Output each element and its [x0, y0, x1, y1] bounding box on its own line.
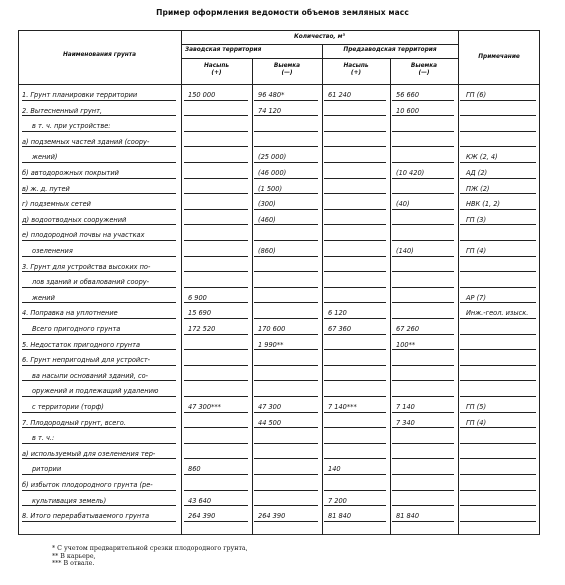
- fill-label: Насыпь: [204, 63, 229, 69]
- cell-c2: [390, 461, 458, 477]
- table-row: 7. Плодородный грунт, всего.44 5007 340Г…: [18, 415, 540, 431]
- cell-f2: [322, 477, 390, 493]
- table-row: жений6 900АР (7): [18, 290, 540, 306]
- cell-c1: [252, 305, 322, 321]
- cell-name: 6. Грунт непригодный для устройст-: [20, 352, 180, 368]
- cell-name: 1. Грунт планировки территории: [20, 87, 180, 103]
- table-row: 6. Грунт непригодный для устройст-: [18, 352, 540, 368]
- cell-name: 4. Поправка на уплотнение: [20, 305, 180, 321]
- cell-note: [458, 461, 540, 477]
- cell-name: 2. Вытесненный грунт,: [20, 103, 180, 119]
- table-row: оружений и подлежащий удалению: [18, 383, 540, 399]
- cell-c2: [390, 118, 458, 134]
- cell-name: д) водоотводных сооружений: [20, 212, 180, 228]
- cut-label: Выемка: [274, 63, 300, 69]
- cell-c1: [252, 290, 322, 306]
- cut-sign: (—): [281, 70, 292, 76]
- cell-c1: 1 990**: [252, 337, 322, 353]
- cell-note: [458, 477, 540, 493]
- cell-c2: [390, 274, 458, 290]
- cell-c1: 96 480*: [252, 87, 322, 103]
- cell-c1: 47 300: [252, 399, 322, 415]
- cell-f1: [182, 259, 252, 275]
- cell-f2: 67 360: [322, 321, 390, 337]
- cell-f1: [182, 149, 252, 165]
- cell-f2: [322, 227, 390, 243]
- cut-label: Выемка: [411, 63, 437, 69]
- cell-name: 3. Грунт для устройства высоких по-: [20, 259, 180, 275]
- cell-c2: 67 260: [390, 321, 458, 337]
- cell-f2: [322, 259, 390, 275]
- cell-c2: [390, 134, 458, 150]
- cell-note: [458, 337, 540, 353]
- table-row: б) автодорожных покрытий(46 000)(10 420)…: [18, 165, 540, 181]
- cell-note: [458, 352, 540, 368]
- table-row: ва насыпи оснований зданий, со-: [18, 368, 540, 384]
- cell-note: [458, 383, 540, 399]
- cell-name: Всего пригодного грунта: [20, 321, 180, 337]
- cell-f1: [182, 165, 252, 181]
- cell-f2: [322, 134, 390, 150]
- cell-note: [458, 493, 540, 509]
- cell-f1: 6 900: [182, 290, 252, 306]
- cell-f1: [182, 477, 252, 493]
- table-row: лов зданий и обвалований соору-: [18, 274, 540, 290]
- cell-c2: [390, 149, 458, 165]
- fill-sign: (+): [351, 70, 361, 76]
- cell-f2: [322, 274, 390, 290]
- cell-note: [458, 274, 540, 290]
- cell-c2: 7 140: [390, 399, 458, 415]
- cell-f1: [182, 274, 252, 290]
- cell-c2: [390, 446, 458, 462]
- cell-f1: 172 520: [182, 321, 252, 337]
- cell-f1: [182, 196, 252, 212]
- cell-f2: [322, 181, 390, 197]
- cell-f1: 150 000: [182, 87, 252, 103]
- cell-c1: [252, 446, 322, 462]
- cell-f1: [182, 181, 252, 197]
- header-cut-1: Выемка(—): [252, 63, 322, 77]
- cell-c2: [390, 430, 458, 446]
- cell-c1: (860): [252, 243, 322, 259]
- header-fill-1: Насыпь(+): [181, 63, 252, 77]
- cell-c2: [390, 212, 458, 228]
- cell-name: е) плодородной почвы на участках: [20, 227, 180, 243]
- cell-f1: [182, 430, 252, 446]
- cell-c2: [390, 477, 458, 493]
- table-row: Всего пригодного грунта172 520170 60067 …: [18, 321, 540, 337]
- cell-name: озеленения: [20, 243, 180, 259]
- cell-name: в т. ч.:: [20, 430, 180, 446]
- cell-c1: 74 120: [252, 103, 322, 119]
- table-row: а) используемый для озеленения тер-: [18, 446, 540, 462]
- cell-c1: [252, 493, 322, 509]
- header-name-col: Наименования грунта: [18, 52, 181, 59]
- cell-f1: [182, 337, 252, 353]
- cell-c1: 170 600: [252, 321, 322, 337]
- cell-note: ПЖ (2): [458, 181, 540, 197]
- table-row: ритории860140: [18, 461, 540, 477]
- table-row: е) плодородной почвы на участках: [18, 227, 540, 243]
- table-row: 2. Вытесненный грунт,74 12010 600: [18, 103, 540, 119]
- footnotes: * С учетом предварительной срезки плодор…: [52, 545, 248, 568]
- cell-c2: 56 660: [390, 87, 458, 103]
- footnote: * С учетом предварительной срезки плодор…: [52, 545, 248, 553]
- header-zone-prefactory: Предзаводская территория: [322, 47, 458, 54]
- cell-c1: (1 500): [252, 181, 322, 197]
- cell-c1: (25 000): [252, 149, 322, 165]
- cell-name: в т. ч. при устройстве:: [20, 118, 180, 134]
- cell-note: ГП (4): [458, 243, 540, 259]
- cell-name: с территории (торф): [20, 399, 180, 415]
- cell-name: г) подземных сетей: [20, 196, 180, 212]
- cut-sign: (—): [418, 70, 429, 76]
- cell-note: КЖ (2, 4): [458, 149, 540, 165]
- cell-f2: [322, 290, 390, 306]
- cell-c1: [252, 134, 322, 150]
- table-row: 1. Грунт планировки территории150 00096 …: [18, 87, 540, 103]
- table-row: г) подземных сетей(300)(40)НВК (1, 2): [18, 196, 540, 212]
- table-row: с территории (торф)47 300***47 3007 140*…: [18, 399, 540, 415]
- table-row: а) подземных частей зданий (соору-: [18, 134, 540, 150]
- cell-name: лов зданий и обвалований соору-: [20, 274, 180, 290]
- cell-name: ва насыпи оснований зданий, со-: [20, 368, 180, 384]
- table-row: б) избыток плодородного грунта (ре-: [18, 477, 540, 493]
- cell-f1: [182, 352, 252, 368]
- cell-name: ритории: [20, 461, 180, 477]
- cell-f1: [182, 446, 252, 462]
- cell-f1: [182, 383, 252, 399]
- cell-c2: [390, 181, 458, 197]
- cell-f1: 15 690: [182, 305, 252, 321]
- cell-c1: 264 390: [252, 508, 322, 524]
- cell-name: культивация земель): [20, 493, 180, 509]
- cell-f1: 43 640: [182, 493, 252, 509]
- cell-note: АР (7): [458, 290, 540, 306]
- cell-f2: 140: [322, 461, 390, 477]
- header-quantity: Количество, м³: [181, 34, 458, 41]
- cell-note: [458, 134, 540, 150]
- header-note: Примечание: [458, 54, 540, 61]
- cell-note: ГП (5): [458, 399, 540, 415]
- cell-c1: [252, 352, 322, 368]
- cell-note: ГП (4): [458, 415, 540, 431]
- cell-c2: [390, 290, 458, 306]
- cell-name: б) избыток плодородного грунта (ре-: [20, 477, 180, 493]
- cell-note: НВК (1, 2): [458, 196, 540, 212]
- cell-f2: [322, 337, 390, 353]
- cell-c2: 100**: [390, 337, 458, 353]
- cell-f2: [322, 165, 390, 181]
- cell-f2: [322, 368, 390, 384]
- table-row: 3. Грунт для устройства высоких по-: [18, 259, 540, 275]
- cell-name: 5. Недостаток пригодного грунта: [20, 337, 180, 353]
- cell-c1: (300): [252, 196, 322, 212]
- table-row: в т. ч. при устройстве:: [18, 118, 540, 134]
- cell-f2: [322, 212, 390, 228]
- header-zone-factory: Заводская территория: [185, 47, 325, 54]
- cell-c1: [252, 368, 322, 384]
- cell-f2: 7 200: [322, 493, 390, 509]
- cell-c2: (40): [390, 196, 458, 212]
- header-divider: [181, 44, 458, 45]
- document-title: Пример оформления ведомости объемов земл…: [0, 8, 565, 17]
- cell-note: [458, 446, 540, 462]
- fill-label: Насыпь: [343, 63, 368, 69]
- cell-note: [458, 103, 540, 119]
- cell-name: жений: [20, 290, 180, 306]
- table-row: д) водоотводных сооружений(460)ГП (3): [18, 212, 540, 228]
- cell-note: [458, 118, 540, 134]
- cell-f1: [182, 103, 252, 119]
- table-row: культивация земель)43 6407 200: [18, 493, 540, 509]
- cell-c1: (46 000): [252, 165, 322, 181]
- cell-c2: [390, 305, 458, 321]
- footnote: *** В отвале.: [52, 560, 248, 568]
- cell-f1: [182, 227, 252, 243]
- table-row: озеленения(860)(140)ГП (4): [18, 243, 540, 259]
- footnote: ** В карьере,: [52, 553, 248, 561]
- header-cut-2: Выемка(—): [390, 63, 458, 77]
- cell-f2: 7 140***: [322, 399, 390, 415]
- cell-c1: [252, 430, 322, 446]
- cell-c1: [252, 461, 322, 477]
- cell-c2: [390, 352, 458, 368]
- cell-f2: [322, 352, 390, 368]
- header-fill-2: Насыпь(+): [322, 63, 390, 77]
- cell-note: [458, 227, 540, 243]
- cell-c2: (10 420): [390, 165, 458, 181]
- table-row: 4. Поправка на уплотнение15 6906 120Инж.…: [18, 305, 540, 321]
- cell-name: б) автодорожных покрытий: [20, 165, 180, 181]
- cell-f2: [322, 196, 390, 212]
- cell-f2: [322, 430, 390, 446]
- cell-f1: 264 390: [182, 508, 252, 524]
- table-row: 5. Недостаток пригодного грунта1 990**10…: [18, 337, 540, 353]
- cell-c2: [390, 227, 458, 243]
- cell-f1: 47 300***: [182, 399, 252, 415]
- cell-name: 7. Плодородный грунт, всего.: [20, 415, 180, 431]
- cell-f2: [322, 149, 390, 165]
- cell-c2: [390, 383, 458, 399]
- table-row: жений)(25 000)КЖ (2, 4): [18, 149, 540, 165]
- table-row: в т. ч.:: [18, 430, 540, 446]
- header-divider: [181, 58, 458, 59]
- cell-f2: 61 240: [322, 87, 390, 103]
- cell-name: жений): [20, 149, 180, 165]
- cell-c2: 81 840: [390, 508, 458, 524]
- cell-note: [458, 259, 540, 275]
- cell-note: ГП (6): [458, 87, 540, 103]
- cell-c2: [390, 259, 458, 275]
- cell-note: [458, 508, 540, 524]
- cell-name: а) подземных частей зданий (соору-: [20, 134, 180, 150]
- cell-f2: [322, 243, 390, 259]
- cell-f2: 6 120: [322, 305, 390, 321]
- cell-f2: [322, 118, 390, 134]
- cell-c1: [252, 259, 322, 275]
- cell-f2: [322, 415, 390, 431]
- cell-f1: [182, 243, 252, 259]
- cell-f2: [322, 383, 390, 399]
- fill-sign: (+): [211, 70, 221, 76]
- table-row: 8. Итого перерабатываемого грунта264 390…: [18, 508, 540, 524]
- cell-c2: 10 600: [390, 103, 458, 119]
- cell-f2: [322, 103, 390, 119]
- cell-f1: [182, 368, 252, 384]
- cell-c1: 44 500: [252, 415, 322, 431]
- cell-c2: 7 340: [390, 415, 458, 431]
- cell-note: АД (2): [458, 165, 540, 181]
- cell-f1: 860: [182, 461, 252, 477]
- cell-note: [458, 321, 540, 337]
- cell-name: оружений и подлежащий удалению: [20, 383, 180, 399]
- cell-c1: [252, 383, 322, 399]
- cell-c1: (460): [252, 212, 322, 228]
- cell-note: [458, 430, 540, 446]
- header-bottom: [18, 84, 540, 85]
- cell-f1: [182, 415, 252, 431]
- cell-name: в) ж. д. путей: [20, 181, 180, 197]
- cell-note: Инж.-геол. изыск.: [458, 305, 540, 321]
- cell-f2: 81 840: [322, 508, 390, 524]
- cell-name: а) используемый для озеленения тер-: [20, 446, 180, 462]
- cell-c2: [390, 368, 458, 384]
- cell-name: 8. Итого перерабатываемого грунта: [20, 508, 180, 524]
- cell-c2: (140): [390, 243, 458, 259]
- cell-c1: [252, 274, 322, 290]
- cell-c1: [252, 118, 322, 134]
- cell-f1: [182, 212, 252, 228]
- cell-f2: [322, 446, 390, 462]
- cell-c2: [390, 493, 458, 509]
- cell-f1: [182, 118, 252, 134]
- cell-f1: [182, 134, 252, 150]
- cell-c1: [252, 227, 322, 243]
- cell-c1: [252, 477, 322, 493]
- table-row: в) ж. д. путей(1 500)ПЖ (2): [18, 181, 540, 197]
- cell-note: ГП (3): [458, 212, 540, 228]
- cell-note: [458, 368, 540, 384]
